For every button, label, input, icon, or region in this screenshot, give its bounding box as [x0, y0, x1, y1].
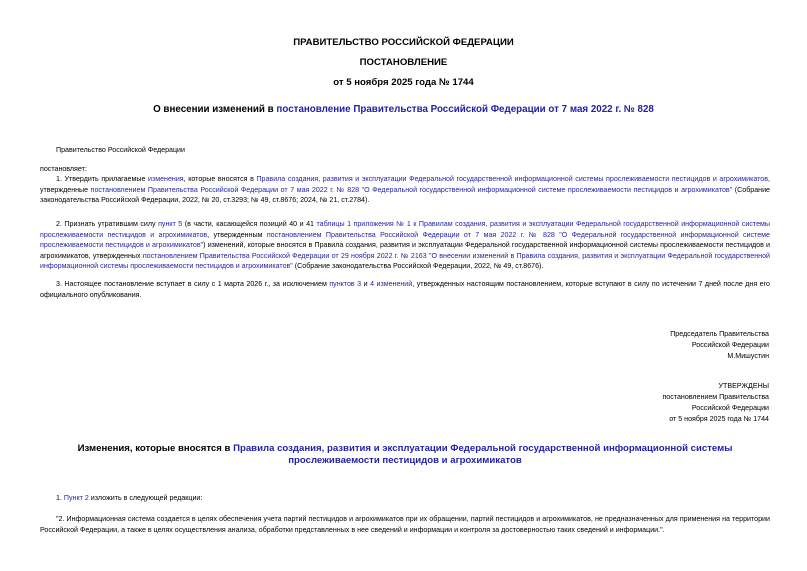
- p2-link-item-5[interactable]: пункт 5: [158, 220, 182, 228]
- change-item-1: 1. Пункт 2 изложить в следующей редакции…: [56, 493, 202, 504]
- approval-line-3: от 5 ноября 2025 года № 1744: [662, 414, 769, 425]
- p2-text: , утвержденным: [207, 231, 267, 239]
- government-heading: ПРАВИТЕЛЬСТВО РОССИЙСКОЙ ФЕДЕРАЦИИ: [0, 37, 807, 49]
- signature-block: Председатель Правительства Российской Фе…: [670, 329, 769, 362]
- issuer: Правительство Российской Федерации: [56, 145, 185, 156]
- p3-link-items-3[interactable]: пунктов 3: [329, 280, 361, 288]
- changes-title: Изменения, которые вносятся в Правила со…: [40, 443, 770, 466]
- decrees-word: постановляет:: [40, 164, 87, 175]
- p1-text: 1. Утвердить прилагаемые: [56, 175, 148, 183]
- changes-title-prefix: Изменения, которые вносятся в: [78, 443, 234, 454]
- changes-title-link[interactable]: Правила создания, развития и эксплуатаци…: [233, 443, 732, 466]
- approval-label: УТВЕРЖДЕНЫ: [662, 381, 769, 392]
- approval-line-1: постановлением Правительства: [662, 392, 769, 403]
- p1-link-changes[interactable]: изменения: [148, 175, 184, 183]
- p1-link-decree-828[interactable]: постановлением Правительства Российской …: [91, 186, 733, 194]
- paragraph-3: 3. Настоящее постановление вступает в си…: [40, 279, 770, 300]
- item1-link-point-2[interactable]: Пункт 2: [64, 494, 89, 502]
- p2-text: (Собрание законодательства Российской Фе…: [293, 262, 544, 270]
- title-prefix: О внесении изменений в: [153, 104, 276, 115]
- paragraph-1: 1. Утвердить прилагаемые изменения, кото…: [40, 174, 770, 206]
- item1-text: изложить в следующей редакции:: [89, 494, 203, 502]
- signature-position-1: Председатель Правительства: [670, 329, 769, 340]
- approval-line-2: Российской Федерации: [662, 403, 769, 414]
- approval-block: УТВЕРЖДЕНЫ постановлением Правительства …: [662, 381, 769, 425]
- p2-text: 2. Признать утратившим силу: [56, 220, 158, 228]
- p3-link-changes-4[interactable]: 4 изменений: [370, 280, 412, 288]
- p1-link-rules[interactable]: Правила создания, развития и эксплуатаци…: [256, 175, 768, 183]
- quote-text: "2. Информационная система создается в ц…: [40, 515, 770, 534]
- title-link[interactable]: постановление Правительства Российской Ф…: [276, 104, 653, 115]
- p3-text: 3. Настоящее постановление вступает в си…: [56, 280, 329, 288]
- signature-name: М.Мишустин: [670, 351, 769, 362]
- document-title: О внесении изменений в постановление Пра…: [0, 104, 807, 116]
- quoted-point-2: "2. Информационная система создается в ц…: [40, 514, 770, 535]
- document-type: ПОСТАНОВЛЕНИЕ: [0, 57, 807, 69]
- item1-prefix: 1.: [56, 494, 64, 502]
- p3-text: и: [361, 280, 370, 288]
- paragraph-2: 2. Признать утратившим силу пункт 5 (в ч…: [40, 219, 770, 272]
- p1-text: , которые вносятся в: [184, 175, 257, 183]
- document-date-number: от 5 ноября 2025 года № 1744: [0, 77, 807, 89]
- p2-text: (в части, касающейся позиций 40 и 41: [182, 220, 316, 228]
- signature-position-2: Российской Федерации: [670, 340, 769, 351]
